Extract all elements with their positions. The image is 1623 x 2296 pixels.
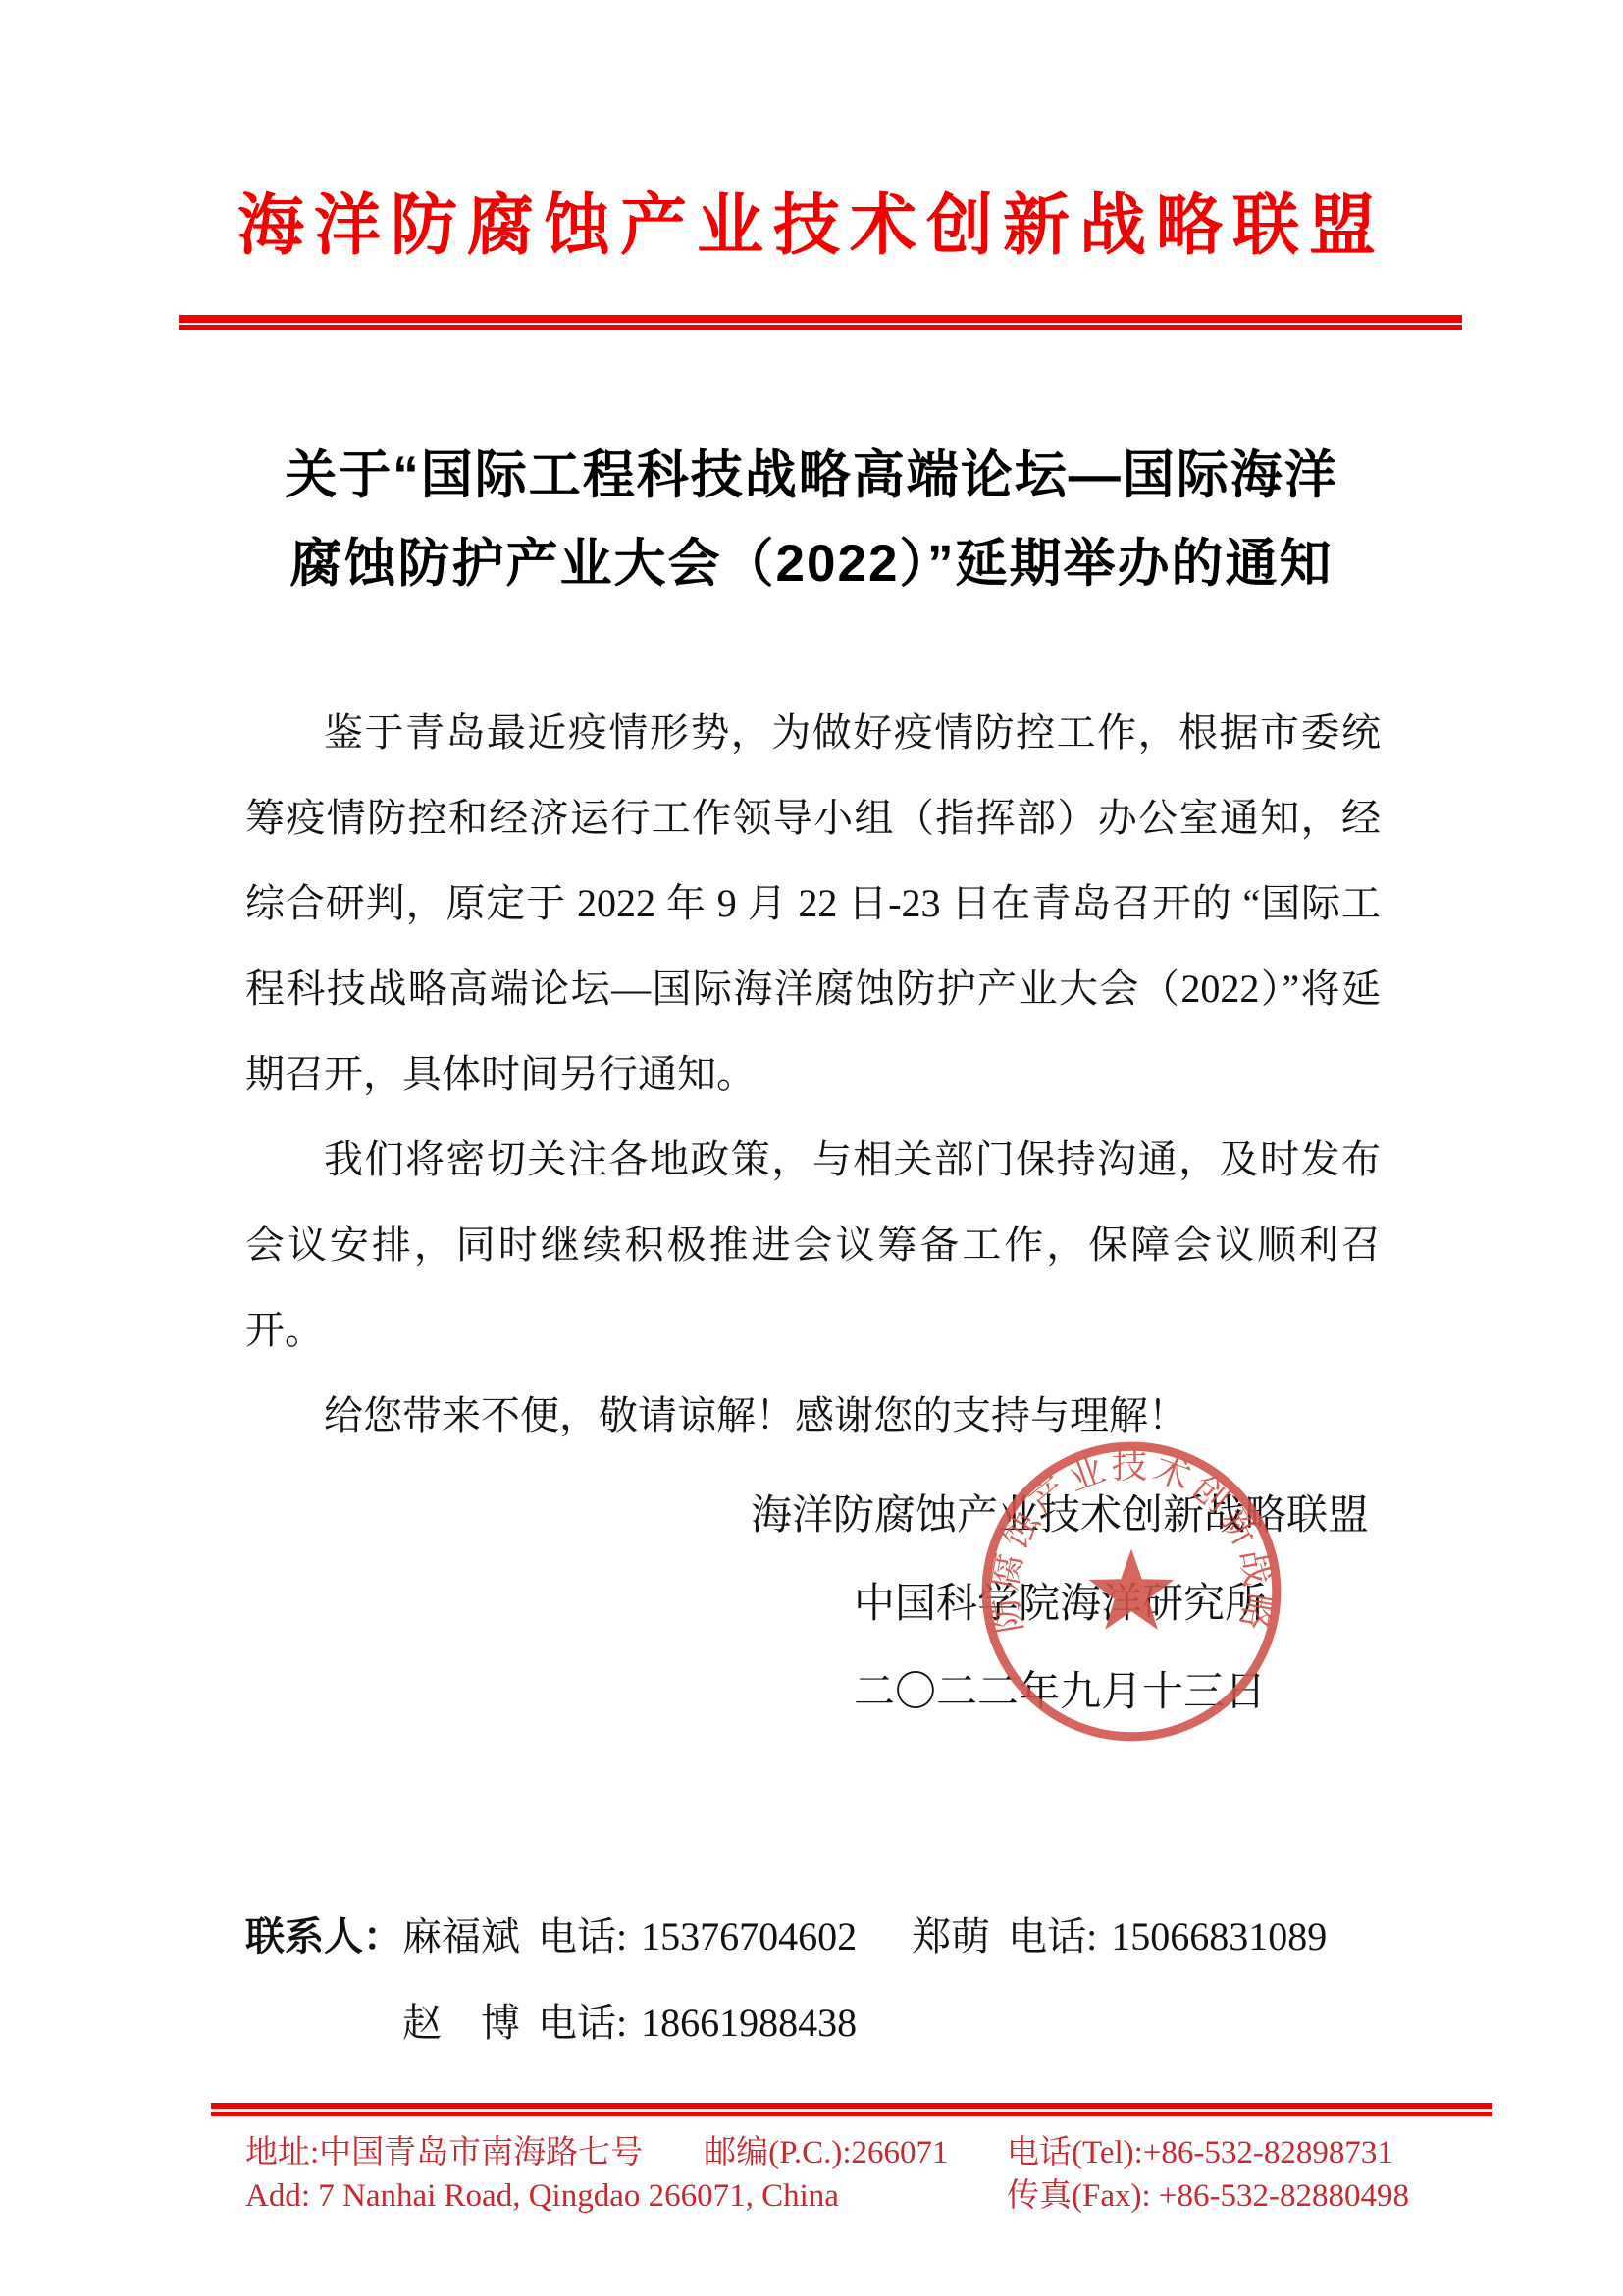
signature-block: 海洋防腐蚀产业技术创新战略联盟 中国科学院海洋研究所 二〇二二年九月十三日 [667,1472,1452,1737]
contacts-row-2: 赵 博电话:18661988438 [402,1980,1423,2065]
signature-org-line-1: 海洋防腐蚀产业技术创新战略联盟 [667,1472,1452,1560]
footer-telephone: 电话(Tel):+86-532-82898731 [1007,2131,1409,2174]
footer-address-cn: 地址:中国青岛市南海路七号 [245,2135,643,2170]
footer-fax: 传真(Fax): +86-532-82880498 [1007,2174,1409,2218]
footer-address-row: 地址:中国青岛市南海路七号邮编(P.C.):266071 [245,2131,949,2174]
footer-postal-code: 邮编(P.C.):266071 [704,2135,948,2170]
footer-right-column: 电话(Tel):+86-532-82898731 传真(Fax): +86-53… [1007,2131,1409,2218]
contact-3-phone: 18661988438 [641,2001,857,2045]
document-title-line-2: 腐蚀防护产业大会（2022）”延期举办的通知 [0,520,1623,608]
contact-3-name: 赵 博 [402,2001,520,2045]
footer-divider-line-2 [211,2112,1492,2116]
signature-org-line-2: 中国科学院海洋研究所 [667,1560,1452,1648]
contacts-section: 联系人：麻福斌电话:15376704602郑萌电话:15066831089 赵 … [245,1894,1423,2065]
letterhead-divider [179,315,1462,330]
document-body: 鉴于青岛最近疫情形势，为做好疫情防控工作，根据市委统筹疫情防控和经济运行工作领导… [245,690,1381,1458]
signature-date: 二〇二二年九月十三日 [667,1648,1452,1737]
contact-1-phone: 15376704602 [641,1914,857,1958]
contact-1-name: 麻福斌 [402,1914,520,1958]
letterhead-divider-thick-line [179,315,1462,323]
notice-document-page: 海洋防腐蚀产业技术创新战略联盟 关于“国际工程科技战略高端论坛—国际海洋 腐蚀防… [0,0,1623,2296]
body-paragraph-2: 我们将密切关注各地政策，与相关部门保持沟通，及时发布会议安排，同时继续积极推进会… [245,1117,1381,1373]
contact-1-phone-label: 电话: [538,1914,627,1958]
document-title-line-1: 关于“国际工程科技战略高端论坛—国际海洋 [0,432,1623,520]
contacts-label: 联系人： [245,1915,402,1958]
footer-left-column: 地址:中国青岛市南海路七号邮编(P.C.):266071 Add: 7 Nanh… [245,2131,949,2218]
contact-3-phone-label: 电话: [538,2001,627,2045]
contact-2-phone-label: 电话: [1008,1914,1097,1958]
letterhead-org-name: 海洋防腐蚀产业技术创新战略联盟 [0,186,1623,265]
body-paragraph-3: 给您带来不便，敬请谅解！感谢您的支持与理解！ [245,1373,1381,1458]
contact-2-name: 郑萌 [912,1914,990,1958]
letterhead-divider-thin-line [179,325,1462,330]
document-title: 关于“国际工程科技战略高端论坛—国际海洋 腐蚀防护产业大会（2022）”延期举办… [0,432,1623,608]
footer-divider [211,2103,1492,2116]
footer-address-en: Add: 7 Nanhai Road, Qingdao 266071, Chin… [245,2174,949,2218]
contact-2-phone: 15066831089 [1111,1914,1327,1958]
contacts-row-1: 联系人：麻福斌电话:15376704602郑萌电话:15066831089 [245,1894,1423,1980]
body-paragraph-1: 鉴于青岛最近疫情形势，为做好疫情防控工作，根据市委统筹疫情防控和经济运行工作领导… [245,690,1381,1117]
